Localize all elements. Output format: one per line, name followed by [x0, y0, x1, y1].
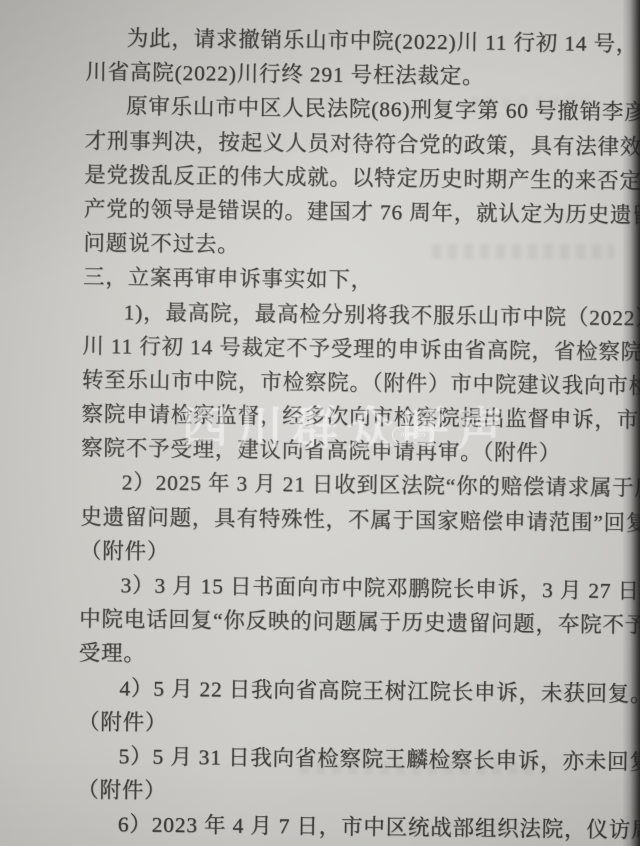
text-line: （附件） — [0, 704, 632, 745]
document-photo: 为此，请求撤销乐山市中院(2022)川 11 行初 14 号，四川省高院(202… — [0, 0, 640, 846]
text-line: 6）2023 年 4 月 7 日，市中区统战部组织法院，仪访局， — [0, 806, 631, 846]
page-edge-shadow — [622, 0, 640, 846]
text-line: 受理。 — [0, 635, 633, 676]
document-body: 为此，请求撤销乐山市中院(2022)川 11 行初 14 号，四川省高院(202… — [0, 20, 640, 846]
text-line: 三，立案再审申诉事实如下， — [0, 259, 637, 300]
